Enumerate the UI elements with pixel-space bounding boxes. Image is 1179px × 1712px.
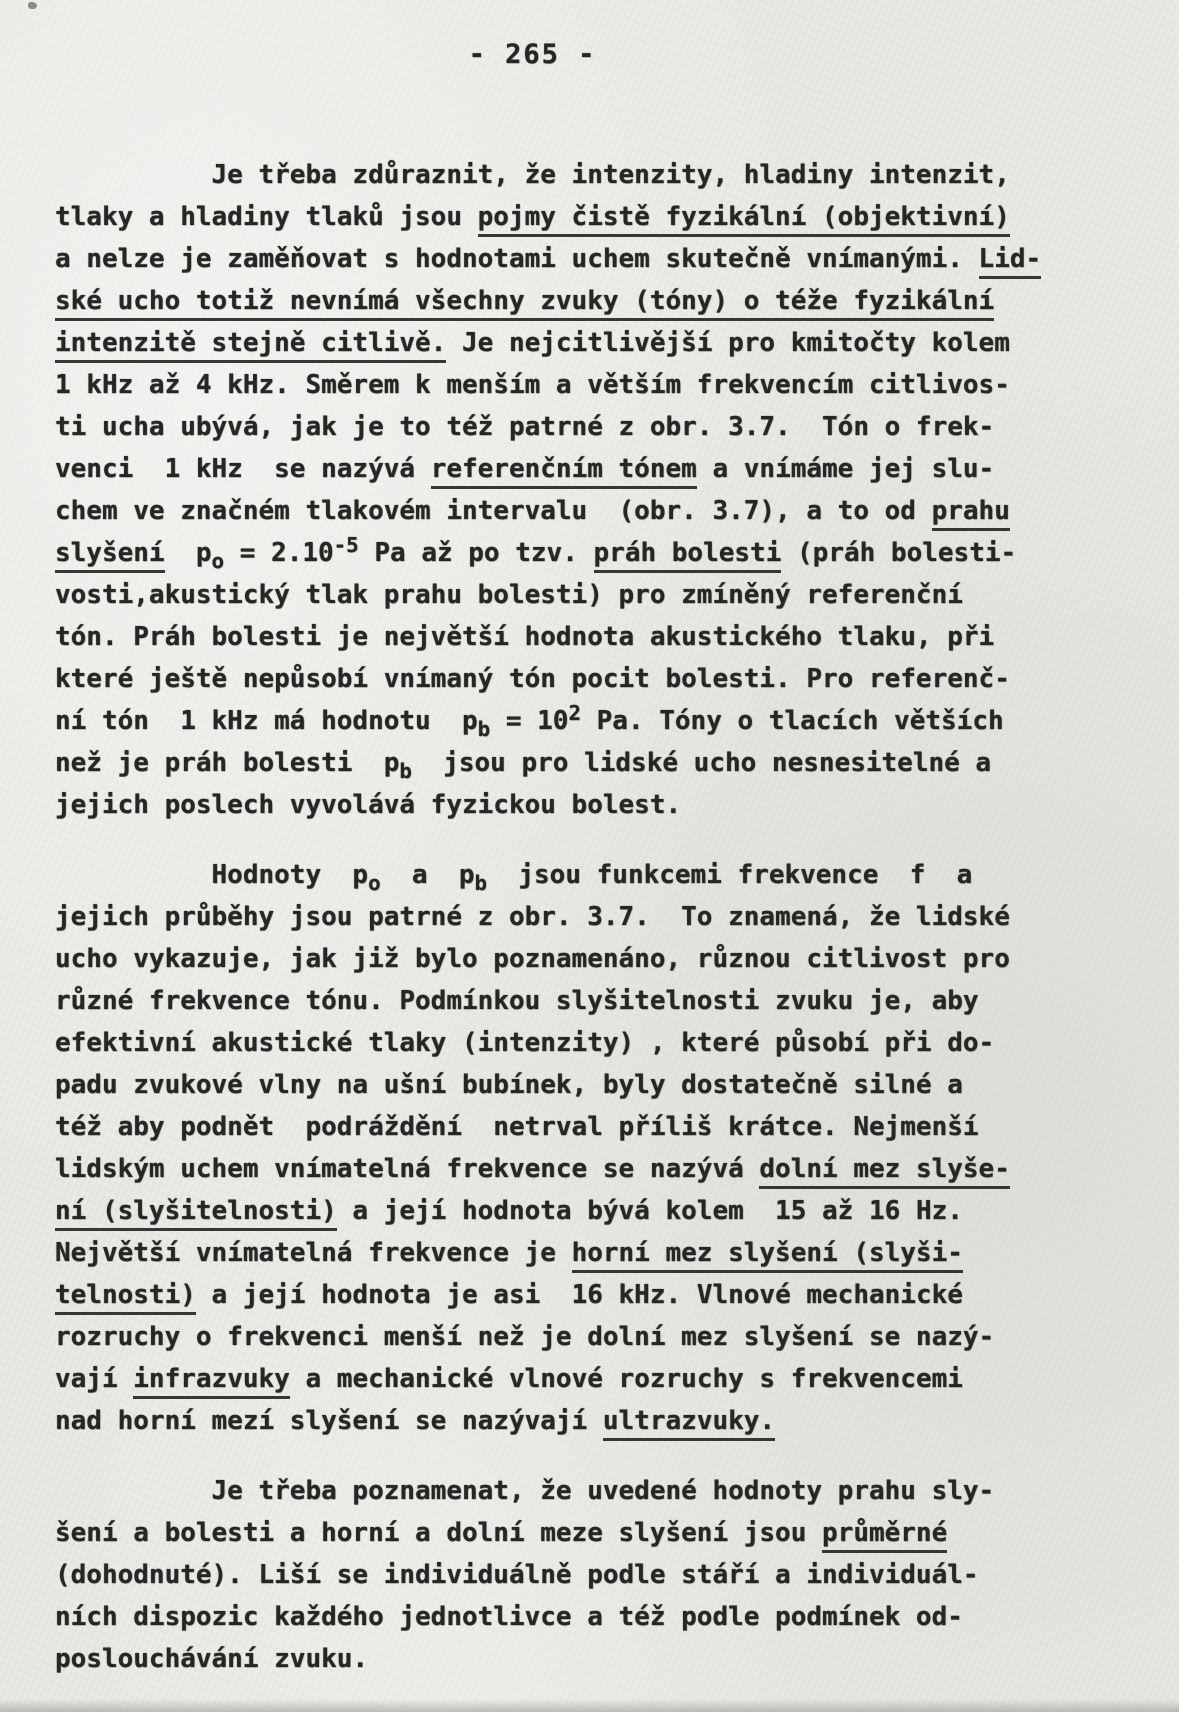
text-line: Hodnoty po a pb jsou funkcemi frekvence … bbox=[55, 854, 1010, 896]
underlined-term: infrazvuky bbox=[133, 1364, 290, 1399]
text-line: a nelze je zaměňovat s hodnotami uchem s… bbox=[55, 238, 1010, 280]
page-number: - 265 - bbox=[55, 34, 1010, 76]
text-line: padu zvukové vlny na ušní bubínek, byly … bbox=[55, 1064, 1010, 1106]
text-segment: a nelze je zaměňovat s hodnotami uchem s… bbox=[55, 244, 979, 274]
text-line: šení a bolesti a horní a dolní meze slyš… bbox=[55, 1512, 1010, 1554]
text-segment: a její hodnota bývá kolem 15 až 16 Hz. bbox=[337, 1196, 963, 1226]
text-line: efektivní akustické tlaky (intenzity) , … bbox=[55, 1022, 1010, 1064]
scan-artifact-speck bbox=[28, 2, 37, 9]
superscript: -5 bbox=[334, 533, 359, 557]
text-segment: ti ucha ubývá, jak je to též patrné z ob… bbox=[55, 412, 994, 442]
text-line: 1 kHz až 4 kHz. Směrem k menším a větším… bbox=[55, 364, 1010, 406]
text-line: telnosti) a její hodnota je asi 16 kHz. … bbox=[55, 1274, 1010, 1316]
text-line: poslouchávání zvuku. bbox=[55, 1638, 1010, 1680]
underlined-term: prahu bbox=[932, 496, 1010, 531]
text-segment: poslouchávání zvuku. bbox=[55, 1644, 368, 1674]
text-segment: jsou funkcemi frekvence f a bbox=[487, 860, 972, 890]
text-segment: rozruchy o frekvenci menší než je dolní … bbox=[55, 1322, 994, 1352]
text-segment: ních dispozic každého jednotlivce a též … bbox=[55, 1602, 963, 1632]
text-line: ti ucha ubývá, jak je to též patrné z ob… bbox=[55, 406, 1010, 448]
text-segment: Je nejcitlivější pro kmitočty kolem bbox=[446, 328, 1010, 358]
text-segment: které ještě nepůsobí vnímaný tón pocit b… bbox=[55, 664, 1010, 694]
underlined-term: ní (slyšitelnosti) bbox=[55, 1196, 337, 1231]
text-line: jejich průběhy jsou patrné z obr. 3.7. T… bbox=[55, 896, 1010, 938]
text-segment: Pa až po tzv. bbox=[359, 538, 594, 568]
text-line: ní (slyšitelnosti) a její hodnota bývá k… bbox=[55, 1190, 1010, 1232]
text-line: slyšení po = 2.10-5 Pa až po tzv. práh b… bbox=[55, 532, 1010, 574]
text-line: rozruchy o frekvenci menší než je dolní … bbox=[55, 1316, 1010, 1358]
text-segment: šení a bolesti a horní a dolní meze slyš… bbox=[55, 1518, 822, 1548]
text-segment: jsou pro lidské ucho nesnesitelné a bbox=[412, 748, 991, 778]
subscript: b bbox=[475, 871, 488, 895]
text-segment: ucho vykazuje, jak již bylo poznamenáno,… bbox=[55, 944, 1010, 974]
scan-edge-bottom bbox=[0, 1699, 1179, 1712]
text-segment: vosti,akustický tlak prahu bolesti) pro … bbox=[55, 580, 963, 610]
text-segment: lidským uchem vnímatelná frekvence se na… bbox=[55, 1154, 759, 1184]
scanned-page: - 265 - Je třeba zdůraznit, že intenzity… bbox=[0, 0, 1179, 1712]
underlined-term: referenčním tónem bbox=[431, 454, 697, 489]
text-line: ské ucho totiž nevnímá všechny zvuky (tó… bbox=[55, 280, 1010, 322]
text-line: Je třeba zdůraznit, že intenzity, hladin… bbox=[55, 154, 1010, 196]
text-line: ních dispozic každého jednotlivce a též … bbox=[55, 1596, 1010, 1638]
text-line: vosti,akustický tlak prahu bolesti) pro … bbox=[55, 574, 1010, 616]
text-segment: (dohodnuté). Liší se individuálně podle … bbox=[55, 1560, 979, 1590]
underlined-term: ské ucho totiž nevnímá všechny zvuky (tó… bbox=[55, 286, 994, 321]
text-line: tón. Práh bolesti je největší hodnota ak… bbox=[55, 616, 1010, 658]
text-segment: než je práh bolesti p bbox=[55, 748, 399, 778]
text-segment: tón. Práh bolesti je největší hodnota ak… bbox=[55, 622, 994, 652]
text-line: které ještě nepůsobí vnímaný tón pocit b… bbox=[55, 658, 1010, 700]
text-segment: = 10 bbox=[490, 706, 568, 736]
subscript: o bbox=[368, 871, 381, 895]
text-line: Je třeba poznamenat, že uvedené hodnoty … bbox=[55, 1470, 1010, 1512]
paragraph: Hodnoty po a pb jsou funkcemi frekvence … bbox=[55, 854, 1010, 1442]
underlined-term: ultrazvuky. bbox=[603, 1406, 775, 1441]
underlined-term: práh bolesti bbox=[594, 538, 782, 573]
text-segment: a mechanické vlnové rozruchy s frekvence… bbox=[290, 1364, 963, 1394]
text-segment: p bbox=[165, 538, 212, 568]
underlined-term: horní mez slyšení (slyši- bbox=[572, 1238, 963, 1273]
text-line: než je práh bolesti pb jsou pro lidské u… bbox=[55, 742, 1010, 784]
paragraph: Je třeba poznamenat, že uvedené hodnoty … bbox=[55, 1470, 1010, 1680]
text-segment: chem ve značném tlakovém intervalu (obr.… bbox=[55, 496, 932, 526]
text-segment: tlaky a hladiny tlaků jsou bbox=[55, 202, 478, 232]
text-line: vají infrazvuky a mechanické vlnové rozr… bbox=[55, 1358, 1010, 1400]
text-segment: též aby podnět podráždění netrval příliš… bbox=[55, 1112, 979, 1142]
text-segment: Pa. Tóny o tlacích větších bbox=[581, 706, 1004, 736]
text-line: Největší vnímatelná frekvence je horní m… bbox=[55, 1232, 1010, 1274]
text-segment: ní tón 1 kHz má hodnotu p bbox=[55, 706, 478, 736]
underlined-term: průměrné bbox=[822, 1518, 947, 1553]
text-line: nad horní mezí slyšení se nazývají ultra… bbox=[55, 1400, 1010, 1442]
underlined-term: slyšení bbox=[55, 538, 165, 573]
text-line: lidským uchem vnímatelná frekvence se na… bbox=[55, 1148, 1010, 1190]
text-segment: vají bbox=[55, 1364, 133, 1394]
text-line: ní tón 1 kHz má hodnotu pb = 102 Pa. Tón… bbox=[55, 700, 1010, 742]
text-line: (dohodnuté). Liší se individuálně podle … bbox=[55, 1554, 1010, 1596]
text-line: venci 1 kHz se nazývá referenčním tónem … bbox=[55, 448, 1010, 490]
text-line: tlaky a hladiny tlaků jsou pojmy čistě f… bbox=[55, 196, 1010, 238]
text-segment: padu zvukové vlny na ušní bubínek, byly … bbox=[55, 1070, 963, 1100]
paragraph: Je třeba zdůraznit, že intenzity, hladin… bbox=[55, 154, 1010, 826]
text-segment: Je třeba poznamenat, že uvedené hodnoty … bbox=[212, 1476, 995, 1506]
text-segment: nad horní mezí slyšení se nazývají bbox=[55, 1406, 603, 1436]
text-segment: 1 kHz až 4 kHz. Směrem k menším a větším… bbox=[55, 370, 1010, 400]
subscript: b bbox=[478, 717, 491, 741]
text-segment: jejich poslech vyvolává fyzickou bolest. bbox=[55, 790, 681, 820]
superscript: 2 bbox=[568, 701, 581, 725]
text-line: jejich poslech vyvolává fyzickou bolest. bbox=[55, 784, 1010, 826]
text-segment: jejich průběhy jsou patrné z obr. 3.7. T… bbox=[55, 902, 1010, 932]
underlined-term: pojmy čistě fyzikální (objektivní) bbox=[478, 202, 1010, 237]
text-segment: = 2.10 bbox=[224, 538, 334, 568]
underlined-term: dolní mez slyše- bbox=[759, 1154, 1009, 1189]
text-segment: (práh bolesti- bbox=[781, 538, 1016, 568]
document-body: Je třeba zdůraznit, že intenzity, hladin… bbox=[55, 154, 1010, 1680]
text-line: ucho vykazuje, jak již bylo poznamenáno,… bbox=[55, 938, 1010, 980]
text-segment: efektivní akustické tlaky (intenzity) , … bbox=[55, 1028, 994, 1058]
underlined-term: telnosti) bbox=[55, 1280, 196, 1315]
underlined-term: Lid- bbox=[979, 244, 1042, 279]
text-segment: a p bbox=[381, 860, 475, 890]
text-line: intenzitě stejně citlivě. Je nejcitlivěj… bbox=[55, 322, 1010, 364]
text-segment: Je třeba zdůraznit, že intenzity, hladin… bbox=[212, 160, 1010, 190]
text-segment: venci 1 kHz se nazývá bbox=[55, 454, 431, 484]
text-line: různé frekvence tónu. Podmínkou slyšitel… bbox=[55, 980, 1010, 1022]
text-segment: Největší vnímatelná frekvence je bbox=[55, 1238, 572, 1268]
text-segment: Hodnoty p bbox=[212, 860, 369, 890]
text-segment: a její hodnota je asi 16 kHz. Vlnové mec… bbox=[196, 1280, 963, 1310]
text-line: chem ve značném tlakovém intervalu (obr.… bbox=[55, 490, 1010, 532]
text-segment: a vnímáme jej slu- bbox=[697, 454, 994, 484]
underlined-term: intenzitě stejně citlivě. bbox=[55, 328, 446, 363]
text-line: též aby podnět podráždění netrval příliš… bbox=[55, 1106, 1010, 1148]
text-segment: různé frekvence tónu. Podmínkou slyšitel… bbox=[55, 986, 979, 1016]
subscript: b bbox=[399, 759, 412, 783]
subscript: o bbox=[212, 549, 225, 573]
